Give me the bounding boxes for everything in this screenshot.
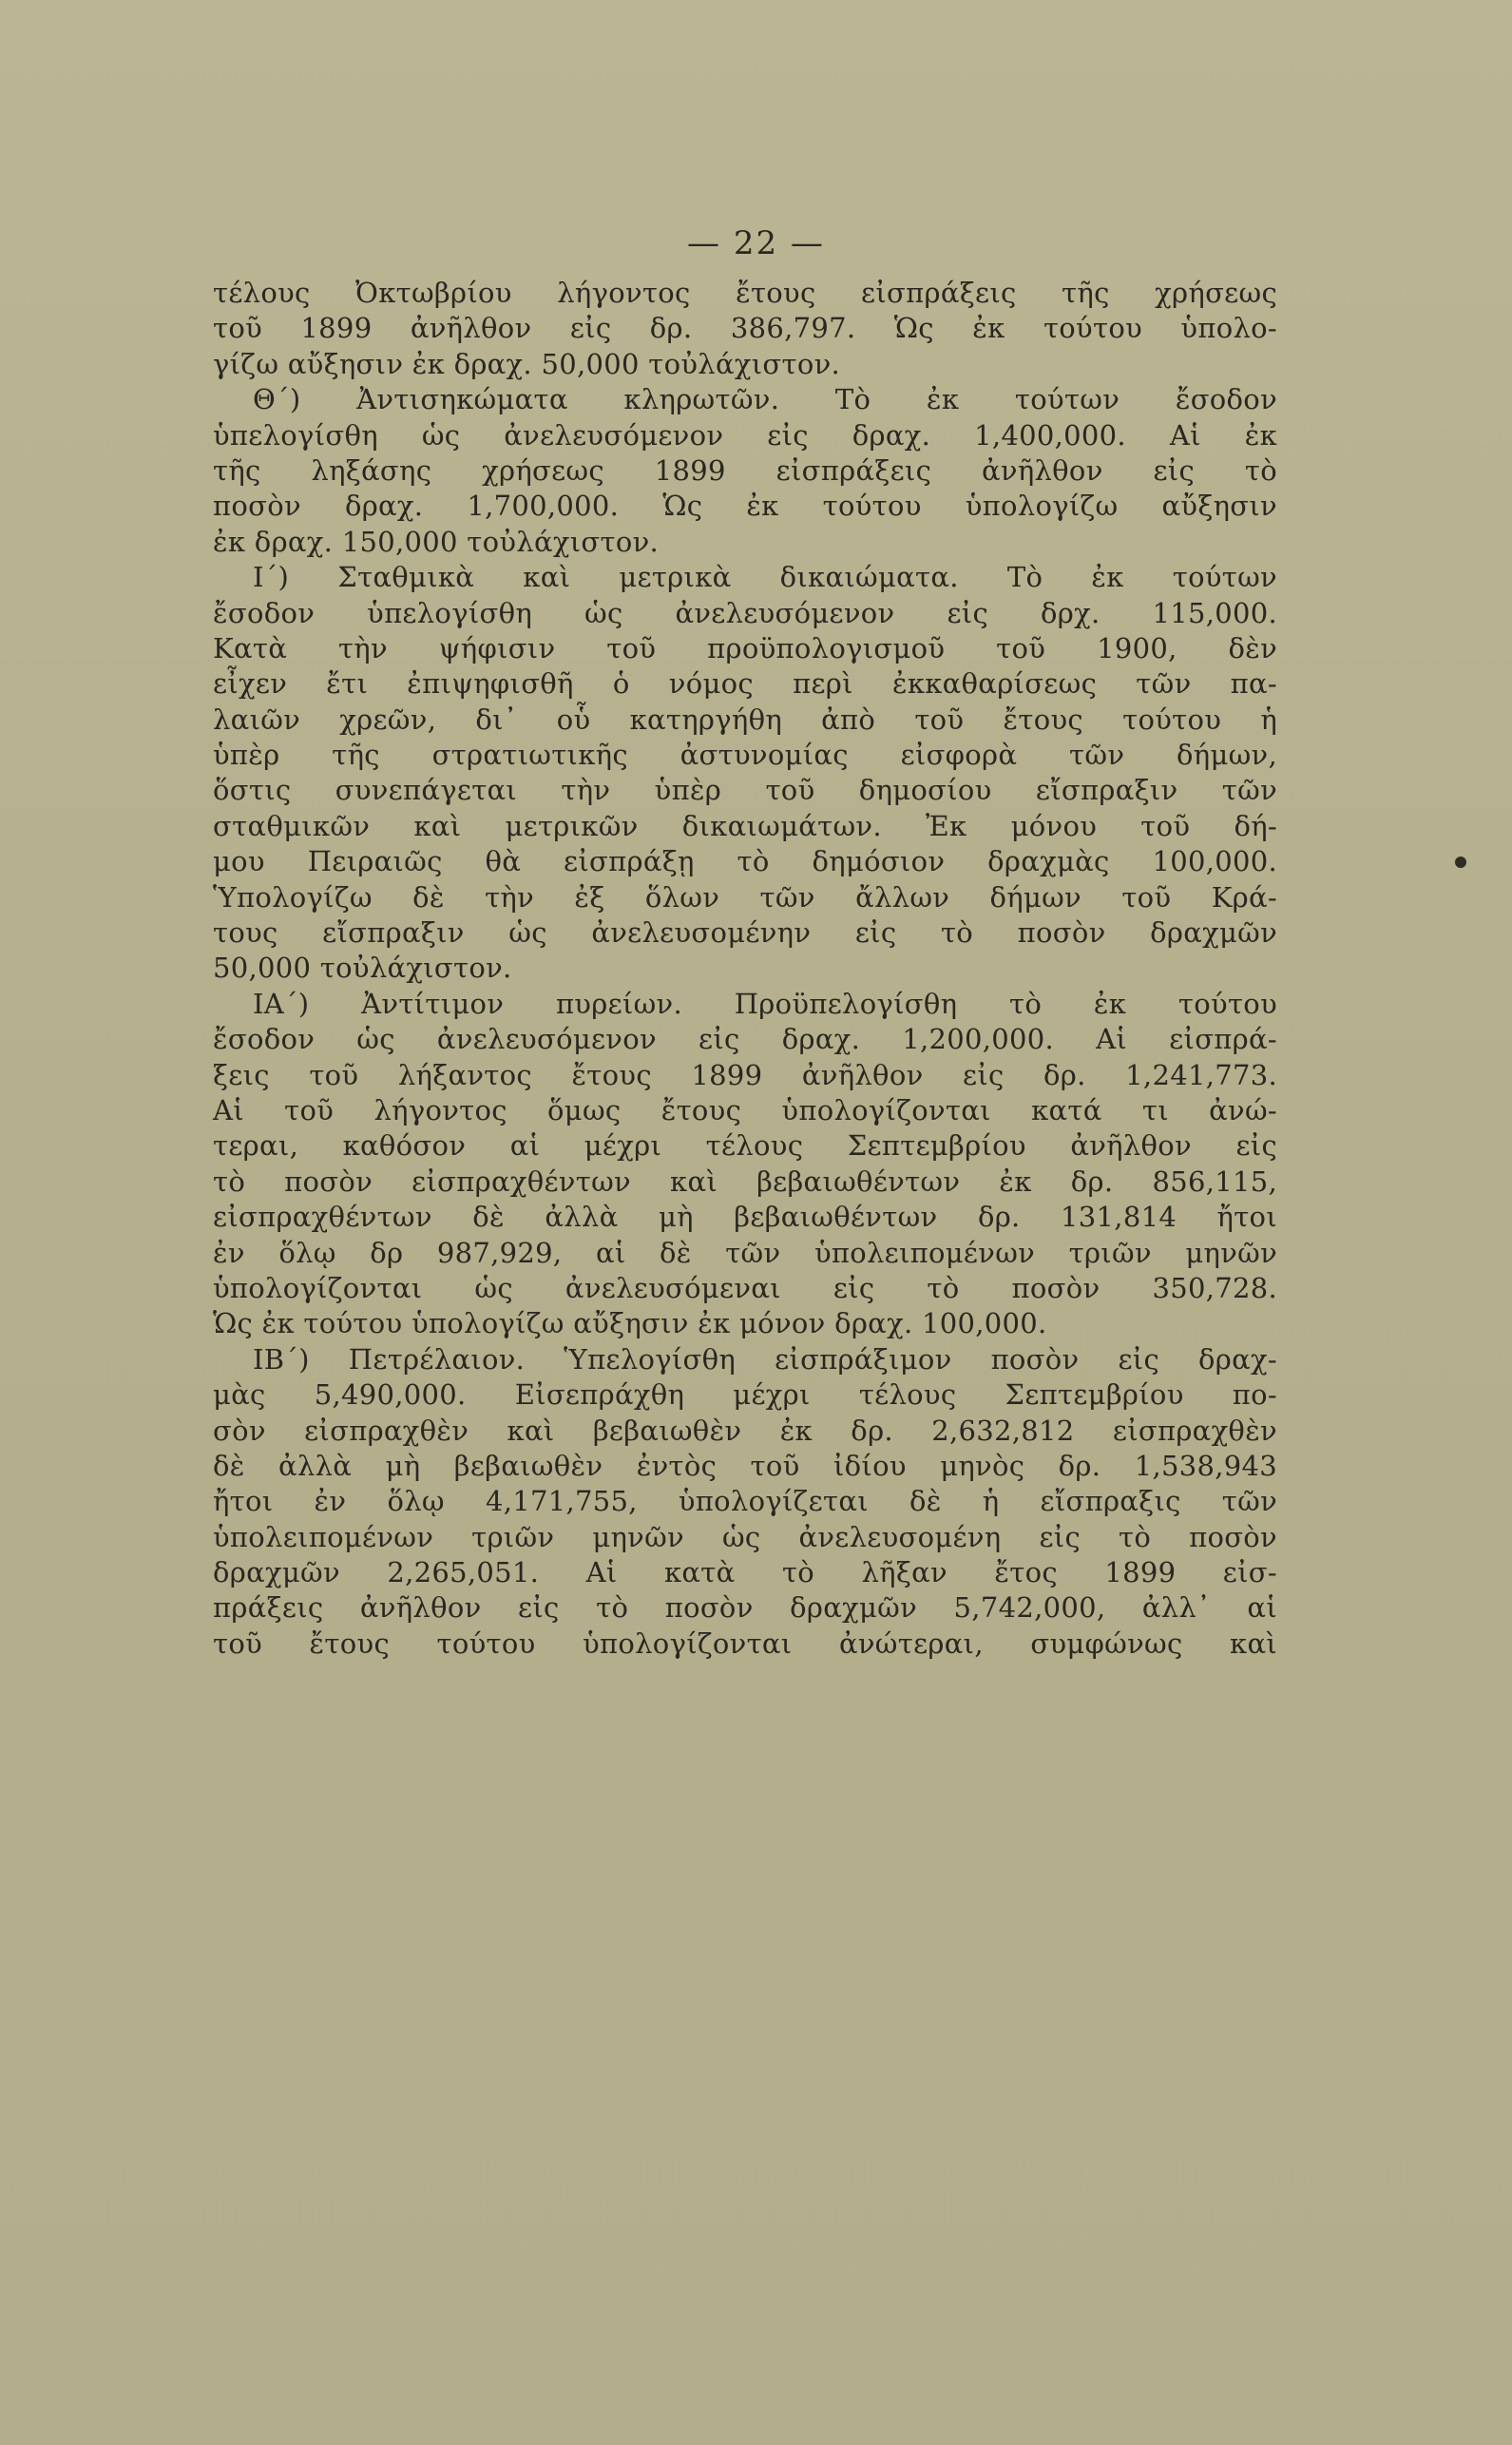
text-line: ὑπολογίζονται ὡς ἀνελευσόμεναι εἰς τὸ πο… (213, 1271, 1277, 1306)
text-line: ξεις τοῦ λήξαντος ἔτους 1899 ἀνῆλθον εἰς… (213, 1058, 1277, 1093)
paragraph-start-line: ΙΑ΄) Ἀντίτιμον πυρείων. Προϋπελογίσθη τὸ… (213, 987, 1277, 1022)
text-line: σταθμικῶν καὶ μετρικῶν δικαιωμάτων. Ἐκ μ… (213, 809, 1277, 844)
text-line: ὑπολειπομένων τριῶν μηνῶν ὡς ἀνελευσομέν… (213, 1520, 1277, 1555)
text-line: μὰς 5,490,000. Εἰσεπράχθη μέχρι τέλους Σ… (213, 1377, 1277, 1413)
text-line: τοῦ ἔτους τούτου ὑπολογίζονται ἀνώτεραι,… (213, 1627, 1277, 1662)
text-line: εἶχεν ἔτι ἐπιψηφισθῆ ὁ νόμος περὶ ἐκκαθα… (213, 666, 1277, 702)
text-line: ὑπὲρ τῆς στρατιωτικῆς ἀστυνομίας εἰσφορὰ… (213, 738, 1277, 773)
text-line: δραχμῶν 2,265,051. Αἱ κατὰ τὸ λῆξαν ἔτος… (213, 1555, 1277, 1590)
text-line: ὑπελογίσθη ὡς ἀνελευσόμενον εἰς δραχ. 1,… (213, 418, 1277, 453)
text-line: ἤτοι ἐν ὅλῳ 4,171,755, ὑπολογίζεται δὲ ἡ… (213, 1484, 1277, 1519)
text-line: λαιῶν χρεῶν, δι᾽ οὗ κατηργήθη ἀπὸ τοῦ ἔτ… (213, 703, 1277, 738)
paragraph-start-line: Θ΄) Ἀντισηκώματα κληρωτῶν. Τὸ ἐκ τούτων … (213, 382, 1277, 417)
text-line: δὲ ἀλλὰ μὴ βεβαιωθὲν ἐντὸς τοῦ ἰδίου μην… (213, 1449, 1277, 1484)
body-text: τέλους Ὀκτωβρίου λήγοντος ἔτους εἰσπράξε… (213, 276, 1277, 1662)
text-line: ἔσοδον ὡς ἀνελευσόμενον εἰς δραχ. 1,200,… (213, 1022, 1277, 1057)
text-line: σὸν εἰσπραχθὲν καὶ βεβαιωθὲν ἐκ δρ. 2,63… (213, 1414, 1277, 1449)
text-line: ὅστις συνεπάγεται τὴν ὑπὲρ τοῦ δημοσίου … (213, 773, 1277, 808)
paragraph-start-line: Ι΄) Σταθμικὰ καὶ μετρικὰ δικαιώματα. Τὸ … (213, 560, 1277, 595)
ink-speck (1455, 857, 1466, 868)
text-line: τέλους Ὀκτωβρίου λήγοντος ἔτους εἰσπράξε… (213, 276, 1277, 311)
text-line: Κατὰ τὴν ψήφισιν τοῦ προϋπολογισμοῦ τοῦ … (213, 631, 1277, 666)
text-line: εἰσπραχθέντων δὲ ἀλλὰ μὴ βεβαιωθέντων δρ… (213, 1200, 1277, 1235)
text-line: Αἱ τοῦ λήγοντος ὅμως ἔτους ὑπολογίζονται… (213, 1093, 1277, 1128)
text-line: πράξεις ἀνῆλθον εἰς τὸ ποσὸν δραχμῶν 5,7… (213, 1590, 1277, 1626)
text-line: ἔσοδον ὑπελογίσθη ὡς ἀνελευσόμενον εἰς δ… (213, 596, 1277, 631)
text-line: γίζω αὔξησιν ἐκ δραχ. 50,000 τοὐλάχιστον… (213, 347, 1277, 382)
text-line: μου Πειραιῶς θὰ εἰσπράξῃ τὸ δημόσιον δρα… (213, 844, 1277, 879)
text-line: τὸ ποσὸν εἰσπραχθέντων καὶ βεβαιωθέντων … (213, 1165, 1277, 1200)
page-number: — 22 — (0, 224, 1512, 262)
text-line: ἐν ὅλῳ δρ 987,929, αἱ δὲ τῶν ὑπολειπομέν… (213, 1236, 1277, 1271)
text-line: τεραι, καθόσον αἱ μέχρι τέλους Σεπτεμβρί… (213, 1128, 1277, 1164)
text-line: τοῦ 1899 ἀνῆλθον εἰς δρ. 386,797. Ὡς ἐκ … (213, 311, 1277, 346)
text-line: ἐκ δραχ. 150,000 τοὐλάχιστον. (213, 525, 1277, 560)
scanned-page: — 22 — τέλους Ὀκτωβρίου λήγοντος ἔτους ε… (0, 0, 1512, 2445)
text-line: τῆς ληξάσης χρήσεως 1899 εἰσπράξεις ἀνῆλ… (213, 453, 1277, 489)
text-line: ποσὸν δραχ. 1,700,000. Ὡς ἐκ τούτου ὑπολ… (213, 489, 1277, 524)
text-line: τους εἴσπραξιν ὡς ἀνελευσομένην εἰς τὸ π… (213, 915, 1277, 951)
paragraph-start-line: ΙΒ΄) Πετρέλαιον. Ὑπελογίσθη εἰσπράξιμον … (213, 1342, 1277, 1377)
text-line: Ὡς ἐκ τούτου ὑπολογίζω αὔξησιν ἐκ μόνον … (213, 1306, 1277, 1341)
text-line: 50,000 τοὐλάχιστον. (213, 951, 1277, 986)
text-line: Ὑπολογίζω δὲ τὴν ἐξ ὅλων τῶν ἄλλων δήμων… (213, 880, 1277, 915)
